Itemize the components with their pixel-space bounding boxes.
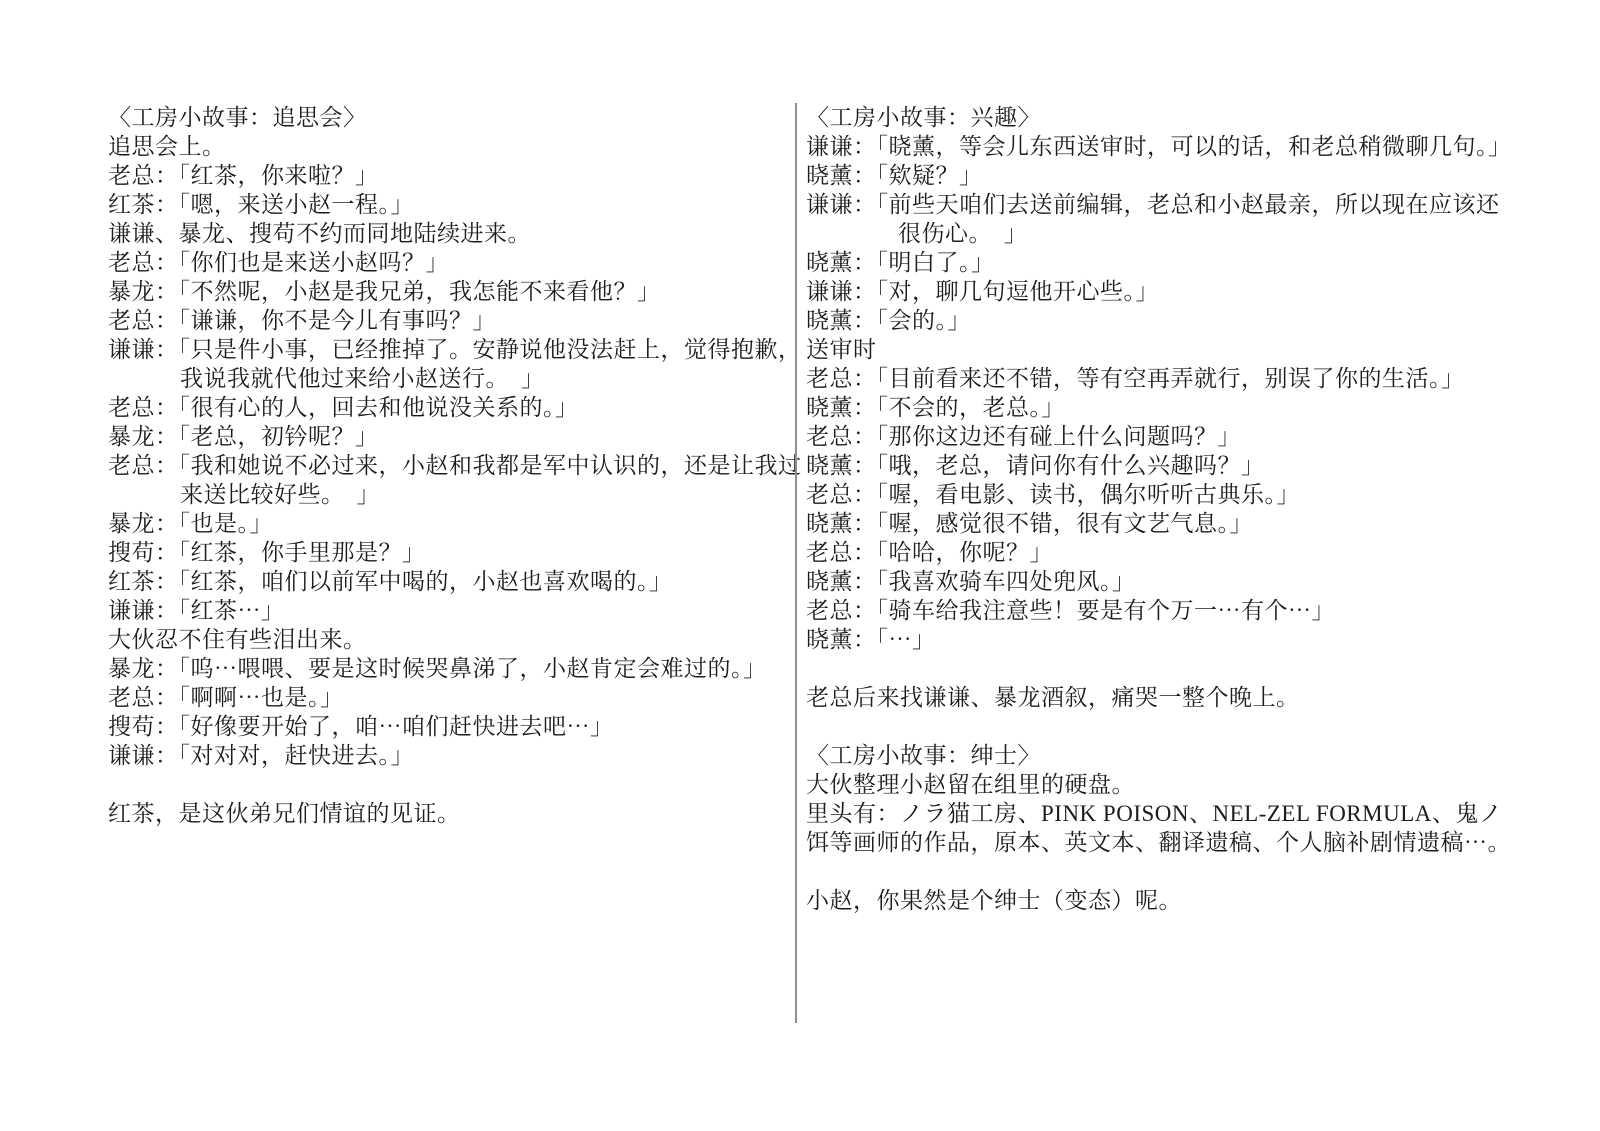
right-column: 〈工房小故事：兴趣〉谦谦：「晓薰，等会儿东西送审时，可以的话，和老总稍微聊几句。… [797, 103, 1600, 915]
blank-line [806, 857, 1580, 886]
left-column: 〈工房小故事：追思会〉追思会上。老总：「红茶，你来啦？」红茶：「嗯，来送小赵一程… [0, 103, 795, 828]
text-line: 老总后来找谦谦、暴龙酒叙，痛哭一整个晚上。 [806, 683, 1580, 712]
text-line: 小赵，你果然是个绅士（变态）呢。 [806, 886, 1580, 915]
text-line: 老总：「喔，看电影、读书，偶尔听听古典乐。」 [806, 480, 1580, 509]
text-line: 搜苟：「好像要开始了，咱⋯咱们赶快进去吧⋯」 [108, 712, 787, 741]
text-line: 老总：「你们也是来送小赵吗？」 [108, 248, 787, 277]
text-line: 来送比较好些。 」 [108, 480, 787, 509]
text-line: 晓薰：「会的。」 [806, 306, 1580, 335]
text-line: 老总：「很有心的人，回去和他说没关系的。」 [108, 393, 787, 422]
text-line: 谦谦：「前些天咱们去送前编辑，老总和小赵最亲，所以现在应该还 [806, 190, 1580, 219]
text-line: 追思会上。 [108, 132, 787, 161]
text-line: 〈工房小故事：追思会〉 [108, 103, 787, 132]
text-line: 送审时 [806, 335, 1580, 364]
two-column-layout: 〈工房小故事：追思会〉追思会上。老总：「红茶，你来啦？」红茶：「嗯，来送小赵一程… [0, 0, 1600, 1023]
text-line: 暴龙：「不然呢，小赵是我兄弟，我怎能不来看他？」 [108, 277, 787, 306]
text-line: 〈工房小故事：绅士〉 [806, 741, 1580, 770]
text-line: 老总：「哈哈，你呢？」 [806, 538, 1580, 567]
text-line: 晓薰：「哦，老总，请问你有什么兴趣吗？」 [806, 451, 1580, 480]
blank-line [806, 712, 1580, 741]
text-line: 老总：「啊啊⋯也是。」 [108, 683, 787, 712]
text-line: 谦谦：「红茶⋯」 [108, 596, 787, 625]
text-line: 老总：「骑车给我注意些！要是有个万一⋯有个⋯」 [806, 596, 1580, 625]
text-line: 谦谦：「对，聊几句逗他开心些。」 [806, 277, 1580, 306]
text-line: 谦谦：「只是件小事，已经推掉了。安静说他没法赶上，觉得抱歉， [108, 335, 787, 364]
text-line: 红茶：「红茶，咱们以前军中喝的，小赵也喜欢喝的。」 [108, 567, 787, 596]
text-line: 晓薰：「不会的，老总。」 [806, 393, 1580, 422]
text-line: 谦谦：「对对对，赶快进去。」 [108, 741, 787, 770]
text-line: 里头有：ノラ猫工房、PINK POISON、NEL-ZEL FORMULA、鬼ノ [806, 799, 1580, 828]
text-line: 红茶，是这伙弟兄们情谊的见证。 [108, 799, 787, 828]
text-line: 搜苟：「红茶，你手里那是？」 [108, 538, 787, 567]
text-line: 晓薰：「喔，感觉很不错，很有文艺气息。」 [806, 509, 1580, 538]
text-line: 晓薰：「⋯」 [806, 625, 1580, 654]
text-line: 很伤心。 」 [806, 219, 1580, 248]
text-line: 〈工房小故事：兴趣〉 [806, 103, 1580, 132]
text-line: 暴龙：「也是。」 [108, 509, 787, 538]
text-line: 晓薰：「欸疑？」 [806, 161, 1580, 190]
text-line: 暴龙：「老总，初钤呢？」 [108, 422, 787, 451]
text-line: 谦谦、暴龙、搜苟不约而同地陆续进来。 [108, 219, 787, 248]
text-line: 老总：「目前看来还不错，等有空再弄就行，别误了你的生活。」 [806, 364, 1580, 393]
text-line: 我说我就代他过来给小赵送行。 」 [108, 364, 787, 393]
text-line: 谦谦：「晓薰，等会儿东西送审时，可以的话，和老总稍微聊几句。」 [806, 132, 1580, 161]
text-line: 老总：「那你这边还有碰上什么问题吗？」 [806, 422, 1580, 451]
text-line: 老总：「红茶，你来啦？」 [108, 161, 787, 190]
text-line: 老总：「我和她说不必过来，小赵和我都是军中认识的，还是让我过 [108, 451, 787, 480]
blank-line [806, 654, 1580, 683]
text-line: 红茶：「嗯，来送小赵一程。」 [108, 190, 787, 219]
text-line: 晓薰：「明白了。」 [806, 248, 1580, 277]
document-page: 〈工房小故事：追思会〉追思会上。老总：「红茶，你来啦？」红茶：「嗯，来送小赵一程… [0, 0, 1600, 1131]
text-line: 大伙整理小赵留在组里的硬盘。 [806, 770, 1580, 799]
text-line: 暴龙：「呜⋯喂喂、要是这时候哭鼻涕了，小赵肯定会难过的。」 [108, 654, 787, 683]
text-line: 晓薰：「我喜欢骑车四处兜风。」 [806, 567, 1580, 596]
text-line: 大伙忍不住有些泪出来。 [108, 625, 787, 654]
text-line: 老总：「谦谦，你不是今儿有事吗？」 [108, 306, 787, 335]
text-line: 饵等画师的作品，原本、英文本、翻译遗稿、个人脑补剧情遗稿⋯。 [806, 828, 1580, 857]
blank-line [108, 770, 787, 799]
